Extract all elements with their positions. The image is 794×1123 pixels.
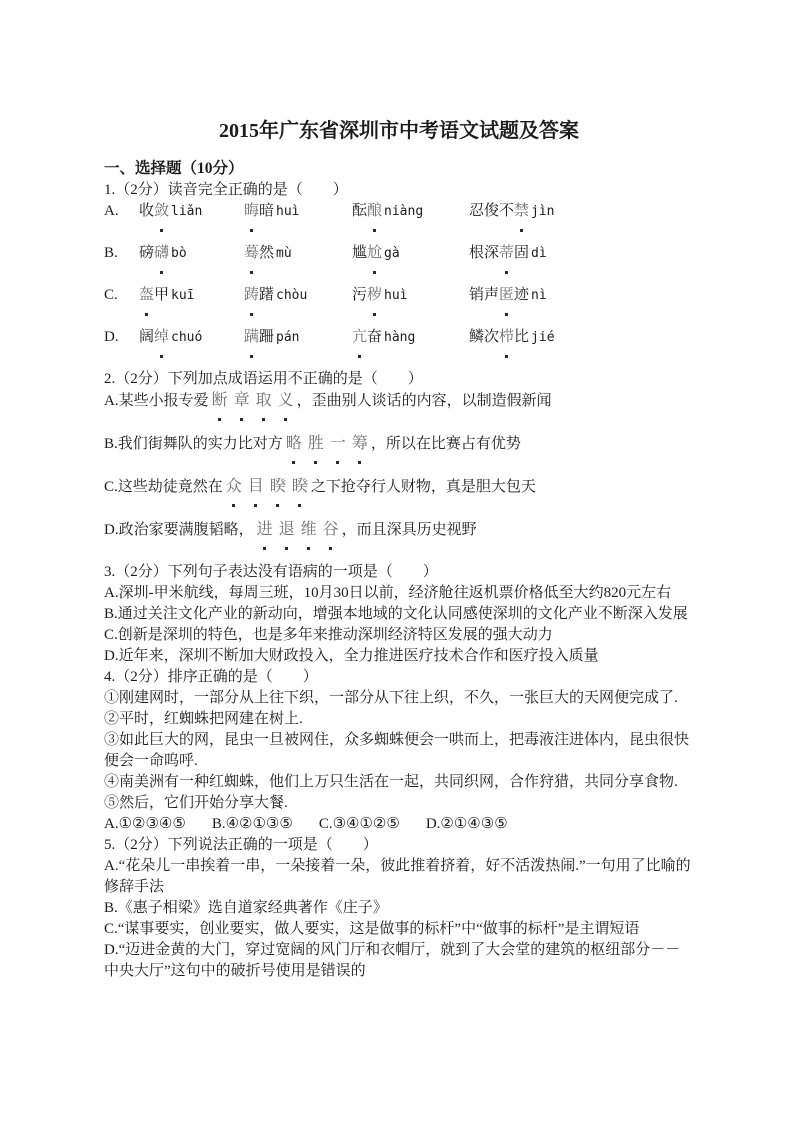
- pinyin-annotation: chuó: [171, 330, 202, 345]
- pinyin-annotation: nì: [531, 288, 547, 303]
- option-line: D.“迈进金黄的大门，穿过宽阔的风门厅和衣帽厅，就到了大会堂的建筑的枢纽部分－－…: [104, 940, 694, 982]
- phrase-text: 尴: [352, 245, 367, 261]
- emphasized-char: 蓦: [244, 243, 259, 264]
- numbered-sentence: ①刚建网时，一部分从上往下织，一部分从下往上织，不久，一张巨大的天网便完成了.: [104, 688, 694, 709]
- phrase-text: 跚: [259, 329, 274, 345]
- option-text: 政治家要满腹韬略，: [119, 522, 254, 538]
- option-text: ，歪曲别人谈话的内容，以制造假新闻: [297, 393, 552, 409]
- emphasized-char: 断: [212, 390, 228, 411]
- phrase-text: 暗: [259, 203, 274, 219]
- option-text: 我们街舞队的实力比对方: [118, 436, 283, 452]
- emphasized-char: 踌: [244, 285, 259, 306]
- phrase-text: 躇: [259, 287, 274, 303]
- phrase-cell: 蹒跚pán: [244, 327, 352, 348]
- phrase-cell: 鳞次栉比jié: [469, 327, 694, 348]
- phrase-text: 酝: [352, 203, 367, 219]
- pinyin-annotation: niàng: [384, 204, 423, 219]
- phrase-text: 污: [352, 287, 367, 303]
- q2-option-row: B.我们街舞队的实力比对方略胜一筹，所以在比赛占有优势: [104, 433, 694, 455]
- option-line: C.创新是深圳的特色，也是多年来推动深圳经济特区发展的强大动力: [104, 625, 694, 646]
- emphasized-char: 礴: [154, 243, 169, 264]
- option-line: B.《惠子相梁》选自道家经典著作《庄子》: [104, 898, 694, 919]
- q4-choices: A.①②③④⑤B.④②①③⑤C.③④①②⑤D.②①④③⑤: [104, 814, 694, 835]
- emphasized-char: 晦: [244, 201, 259, 222]
- pinyin-annotation: gà: [384, 246, 400, 261]
- option-label: C.: [104, 285, 139, 306]
- q2-option-row: C.这些劫徒竟然在众目睽睽之下抢夺行人财物，真是胆大包天: [104, 476, 694, 498]
- option-text: ，所以在比赛占有优势: [371, 436, 521, 452]
- pinyin-annotation: jié: [531, 330, 554, 345]
- emphasized-char: 目: [248, 476, 264, 497]
- document-page: { "page": { "title": "2015年广东省深圳市中考语文试题及…: [0, 0, 794, 1123]
- emphasized-char: 进: [257, 519, 273, 540]
- phrase-cell: 销声匿迹nì: [469, 285, 694, 306]
- phrase-text: 奋: [367, 329, 382, 345]
- pinyin-annotation: huì: [276, 204, 299, 219]
- phrase-text: 忍俊不: [469, 203, 514, 219]
- phrase-text: 固: [514, 245, 529, 261]
- emphasized-char: 章: [234, 390, 250, 411]
- pinyin-annotation: bò: [171, 246, 187, 261]
- option-line: C.“谋事要实，创业要实，做人要实，这是做事的标杆”中“做事的标杆”是主谓短语: [104, 919, 694, 940]
- option-label: B.: [104, 436, 118, 452]
- choice-item: B.④②①③⑤: [212, 814, 293, 835]
- phrase-text: 甲: [154, 287, 169, 303]
- emphasized-char: 敛: [154, 201, 169, 222]
- q1-option-row: B.磅礴bò蓦然mù尴尬gà根深蒂固dì: [104, 243, 694, 264]
- phrase-cell: 踌躇chòu: [244, 285, 352, 306]
- numbered-sentence: ④南美洲有一种红蜘蛛，他们上万只生活在一起，共同织网，合作狩猎，共同分享食物.: [104, 772, 694, 793]
- option-line: A.深圳-甲米航线，每周三班，10月30日以前，经济舱往返机票价格低至大约820…: [104, 583, 694, 604]
- q5-options: A.“花朵儿一串挨着一串，一朵接着一朵，彼此推着挤着，好不活泼热闹.”一句用了比…: [104, 856, 694, 982]
- phrase-cell: 盔甲kuī: [139, 285, 244, 306]
- q5-stem: 5.（2分）下列说法正确的一项是（ ）: [104, 835, 694, 856]
- option-text: ，而且深具历史视野: [342, 522, 477, 538]
- q4-stem: 4.（2分）排序正确的是（ ）: [104, 667, 694, 688]
- emphasized-char: 匿: [499, 285, 514, 306]
- pinyin-annotation: dì: [531, 246, 547, 261]
- option-label: C.: [104, 479, 118, 495]
- exam-page: 2015年广东省深圳市中考语文试题及答案 一、选择题（10分） 1.（2分）读音…: [0, 0, 794, 982]
- option-text: 某些小报专爱: [119, 393, 209, 409]
- q1-option-row: C.盔甲kuī踌躇chòu污秽huì销声匿迹nì: [104, 285, 694, 306]
- emphasized-char: 胜: [308, 433, 324, 454]
- phrase-text: 鳞次: [469, 329, 499, 345]
- emphasized-char: 盔: [139, 285, 154, 306]
- emphasized-char: 众: [226, 476, 242, 497]
- emphasized-char: 睽: [292, 476, 308, 497]
- emphasized-char: 亢: [352, 327, 367, 348]
- choice-item: A.①②③④⑤: [104, 814, 186, 835]
- q1-stem: 1.（2分）读音完全正确的是（ ）: [104, 180, 694, 201]
- pinyin-annotation: chòu: [276, 288, 307, 303]
- pinyin-annotation: mù: [276, 246, 292, 261]
- option-text: 这些劫徒竟然在: [118, 479, 223, 495]
- emphasized-char: 尬: [367, 243, 382, 264]
- phrase-text: 然: [259, 245, 274, 261]
- emphasized-char: 绰: [154, 327, 169, 348]
- emphasized-char: 退: [279, 519, 295, 540]
- q2-options: A.某些小报专爱断章取义，歪曲别人谈话的内容，以制造假新闻B.我们街舞队的实力比…: [104, 390, 694, 541]
- q1-option-row: A.收敛liǎn晦暗huì酝酿niàng忍俊不禁jìn: [104, 201, 694, 222]
- phrase-cell: 收敛liǎn: [139, 201, 244, 222]
- phrase-cell: 忍俊不禁jìn: [469, 201, 694, 222]
- emphasized-char: 取: [256, 390, 272, 411]
- option-label: D.: [104, 327, 139, 348]
- phrase-text: 根深: [469, 245, 499, 261]
- pinyin-annotation: jìn: [531, 204, 554, 219]
- emphasized-char: 一: [330, 433, 346, 454]
- pinyin-annotation: huì: [384, 288, 407, 303]
- option-label: A.: [104, 393, 119, 409]
- emphasized-char: 禁: [514, 201, 529, 222]
- option-label: A.: [104, 201, 139, 222]
- phrase-cell: 根深蒂固dì: [469, 243, 694, 264]
- option-text: 之下抢夺行人财物，真是胆大包天: [311, 479, 536, 495]
- phrase-cell: 晦暗huì: [244, 201, 352, 222]
- phrase-cell: 亢奋hàng: [352, 327, 469, 348]
- emphasized-char: 蒂: [499, 243, 514, 264]
- q4-sentences: ①刚建网时，一部分从上往下织，一部分从下往上织，不久，一张巨大的天网便完成了.②…: [104, 688, 694, 814]
- emphasized-char: 维: [301, 519, 317, 540]
- option-line: B.通过关注文化产业的新动向，增强本地域的文化认同感使深圳的文化产业不断深入发展: [104, 604, 694, 625]
- phrase-text: 销声: [469, 287, 499, 303]
- pinyin-annotation: kuī: [171, 288, 194, 303]
- emphasized-char: 义: [278, 390, 294, 411]
- phrase-text: 阔: [139, 329, 154, 345]
- emphasized-char: 睽: [270, 476, 286, 497]
- phrase-cell: 酝酿niàng: [352, 201, 469, 222]
- emphasized-char: 栉: [499, 327, 514, 348]
- numbered-sentence: ⑤然后，它们开始分享大餐.: [104, 793, 694, 814]
- phrase-cell: 尴尬gà: [352, 243, 469, 264]
- q1-options: A.收敛liǎn晦暗huì酝酿niàng忍俊不禁jìnB.磅礴bò蓦然mù尴尬g…: [104, 201, 694, 348]
- phrase-cell: 阔绰chuó: [139, 327, 244, 348]
- numbered-sentence: ③如此巨大的网，昆虫一旦被网住，众多蜘蛛便会一哄而上，把毒液注进体内，昆虫很快便…: [104, 730, 694, 772]
- choice-item: C.③④①②⑤: [319, 814, 400, 835]
- phrase-cell: 磅礴bò: [139, 243, 244, 264]
- q2-option-row: D.政治家要满腹韬略，进退维谷，而且深具历史视野: [104, 519, 694, 541]
- emphasized-char: 秽: [367, 285, 382, 306]
- q1-option-row: D.阔绰chuó蹒跚pán亢奋hàng鳞次栉比jié: [104, 327, 694, 348]
- phrase-cell: 蓦然mù: [244, 243, 352, 264]
- emphasized-char: 谷: [323, 519, 339, 540]
- section-heading: 一、选择题（10分）: [104, 157, 694, 180]
- q2-option-row: A.某些小报专爱断章取义，歪曲别人谈话的内容，以制造假新闻: [104, 390, 694, 412]
- phrase-text: 磅: [139, 245, 154, 261]
- emphasized-char: 筹: [352, 433, 368, 454]
- q2-stem: 2.（2分）下列加点成语运用不正确的是（ ）: [104, 369, 694, 390]
- option-label: D.: [104, 522, 119, 538]
- emphasized-char: 酿: [367, 201, 382, 222]
- phrase-text: 迹: [514, 287, 529, 303]
- option-line: A.“花朵儿一串挨着一串，一朵接着一朵，彼此推着挤着，好不活泼热闹.”一句用了比…: [104, 856, 694, 898]
- pinyin-annotation: hàng: [384, 330, 415, 345]
- pinyin-annotation: liǎn: [171, 204, 202, 219]
- choice-item: D.②①④③⑤: [426, 814, 508, 835]
- numbered-sentence: ②平时，红蜘蛛把网建在树上.: [104, 709, 694, 730]
- q3-stem: 3.（2分）下列句子表达没有语病的一项是（ ）: [104, 562, 694, 583]
- page-title: 2015年广东省深圳市中考语文试题及答案: [104, 118, 694, 144]
- option-label: B.: [104, 243, 139, 264]
- phrase-text: 比: [514, 329, 529, 345]
- option-line: D.近年来，深圳不断加大财政投入，全力推进医疗技术合作和医疗投入质量: [104, 646, 694, 667]
- q3-options: A.深圳-甲米航线，每周三班，10月30日以前，经济舱往返机票价格低至大约820…: [104, 583, 694, 667]
- emphasized-char: 蹒: [244, 327, 259, 348]
- phrase-cell: 污秽huì: [352, 285, 469, 306]
- emphasized-char: 略: [286, 433, 302, 454]
- phrase-text: 收: [139, 203, 154, 219]
- pinyin-annotation: pán: [276, 330, 299, 345]
